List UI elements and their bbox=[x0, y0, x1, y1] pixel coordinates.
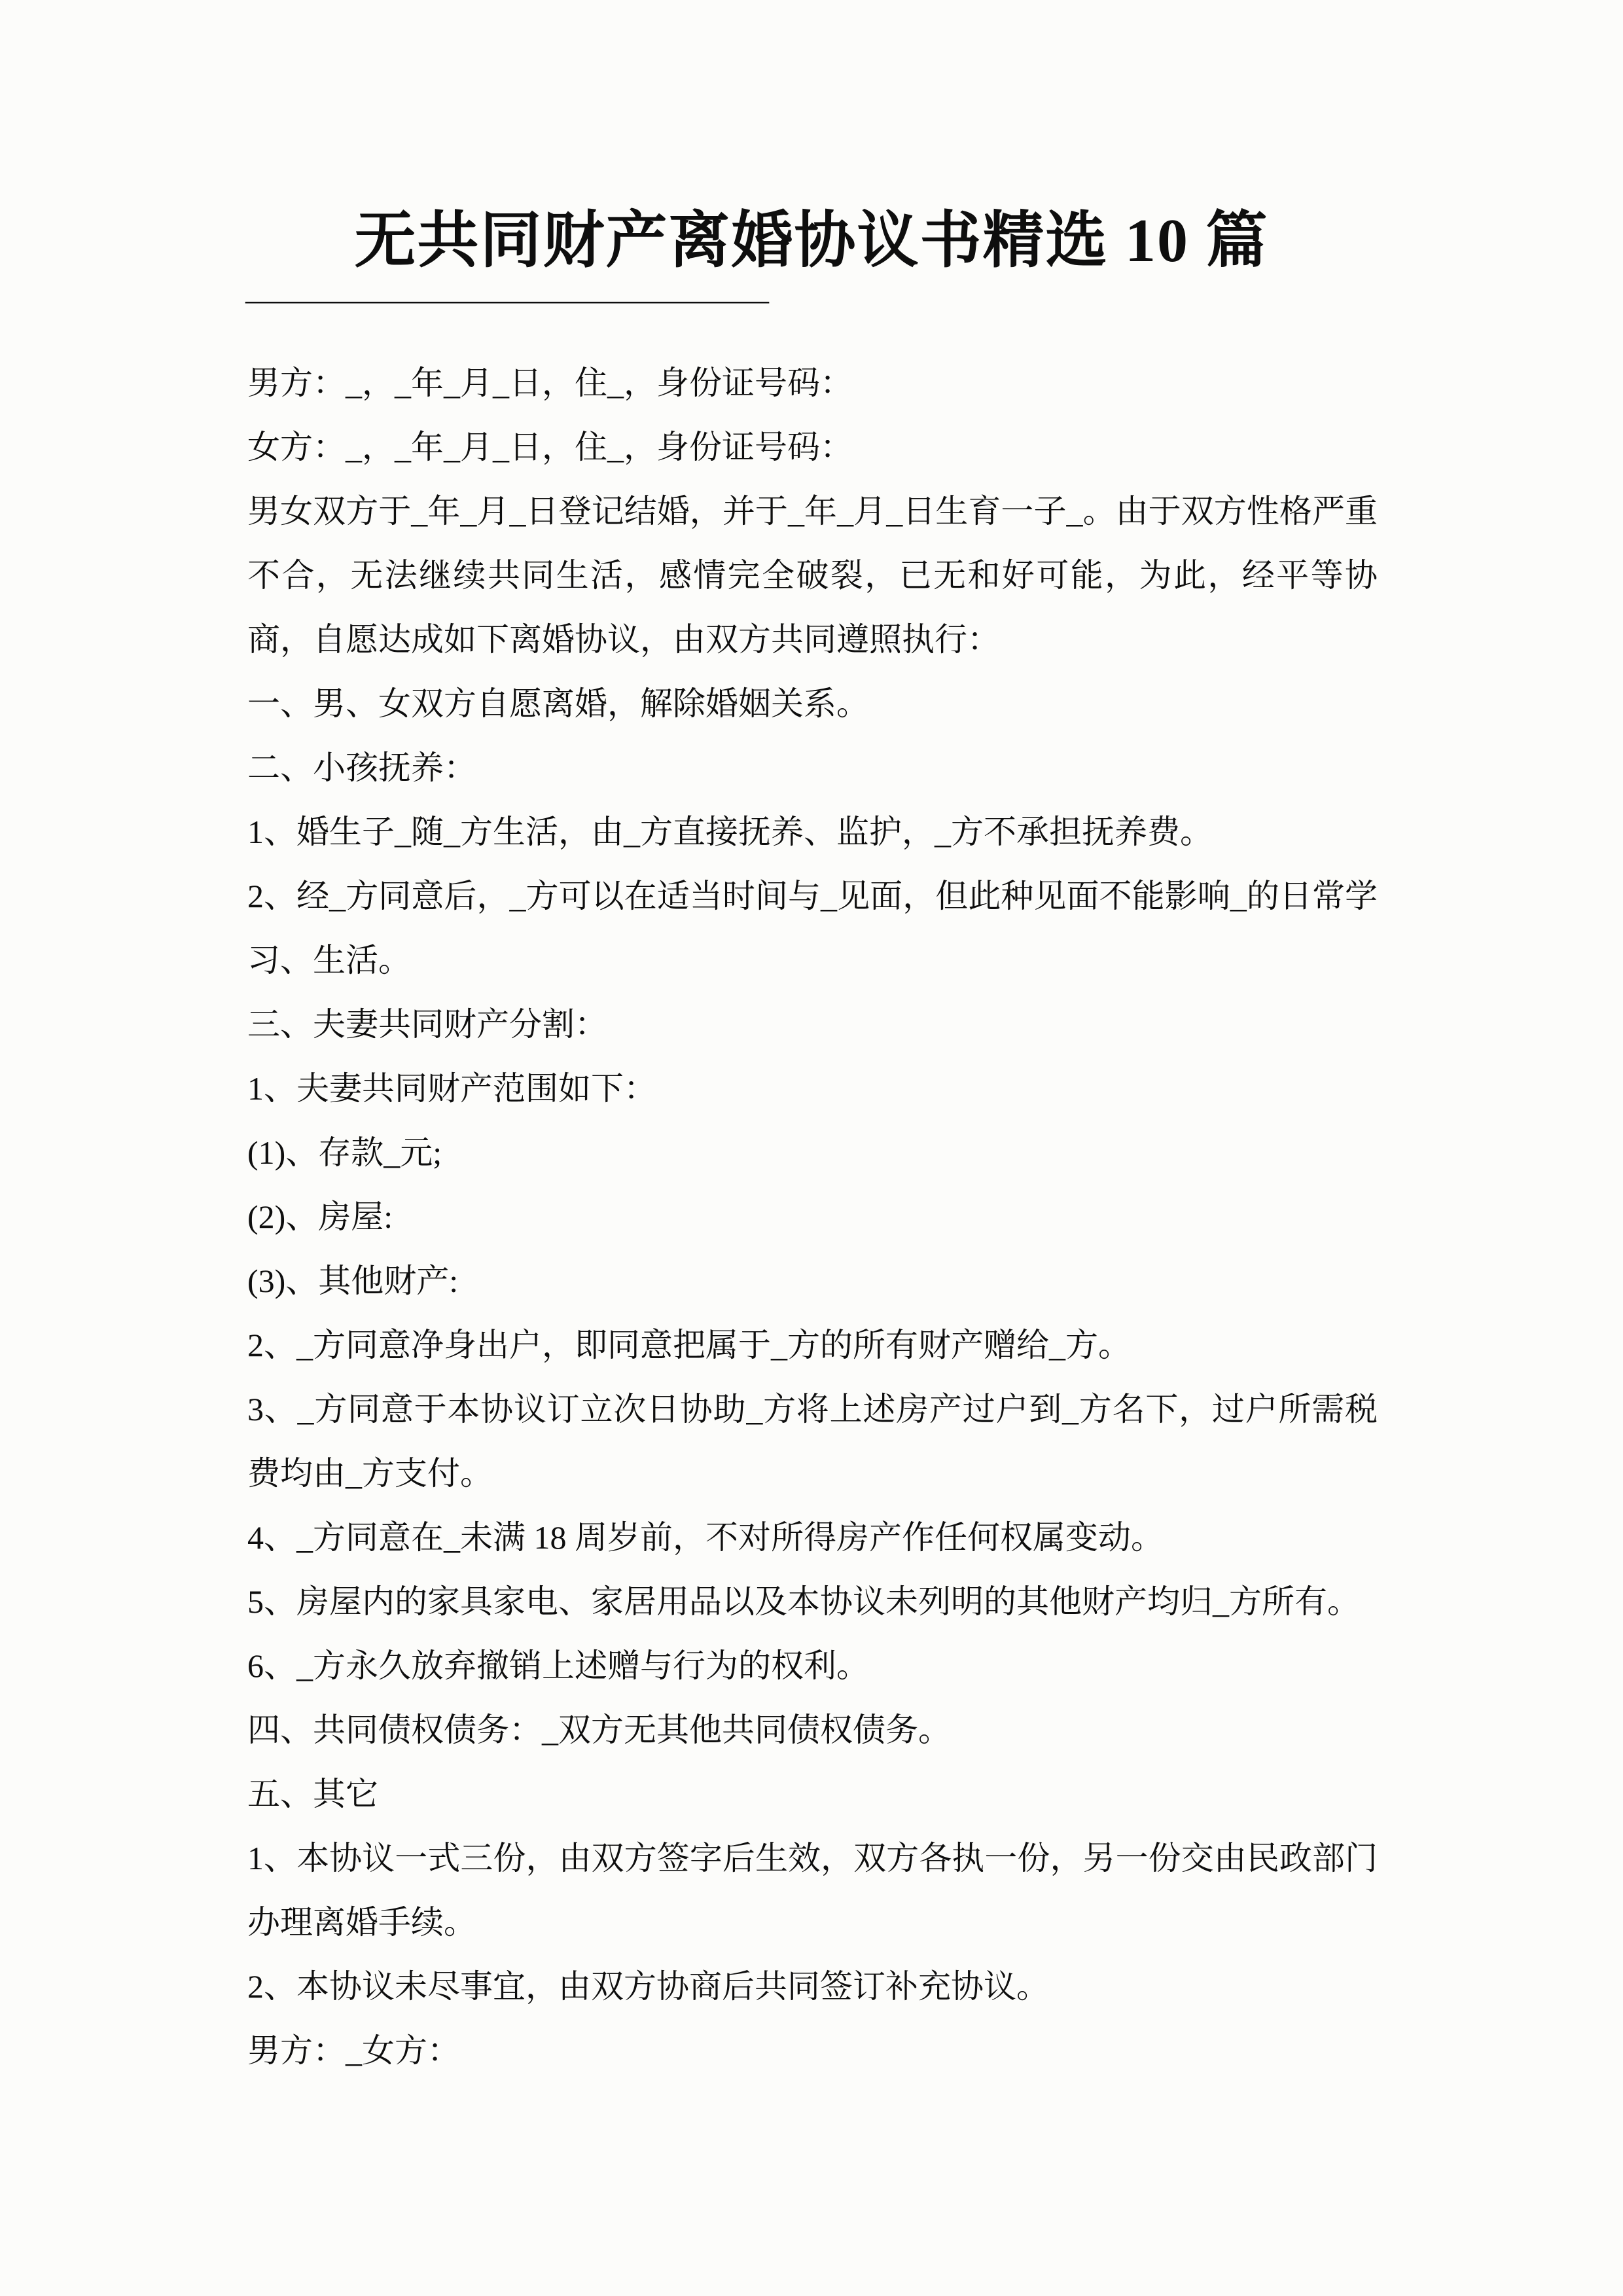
paragraph-party-male-info: 男方：_，_年_月_日，住_，身份证号码： bbox=[247, 351, 1378, 415]
paragraph-article-5-item-1: 1、本协议一式三份，由双方签字后生效，双方各执一份，另一份交由民政部门办理离婚手… bbox=[247, 1826, 1378, 1954]
paragraph-article-3-item-5: 5、房屋内的家具家电、家居用品以及本协议未列明的其他财产均归_方所有。 bbox=[247, 1570, 1378, 1634]
paragraph-article-3-item-1: 1、夫妻共同财产范围如下： bbox=[247, 1056, 1378, 1121]
paragraph-article-2-item-1: 1、婚生子_随_方生活，由_方直接抚养、监护，_方不承担抚养费。 bbox=[247, 800, 1378, 864]
paragraph-article-3-item-6: 6、_方永久放弃撤销上述赠与行为的权利。 bbox=[247, 1634, 1378, 1698]
document-page: 无共同财产离婚协议书精选 10 篇 ———————————————— 男方：_，… bbox=[0, 0, 1623, 2296]
paragraph-article-4: 四、共同债权债务：_双方无其他共同债权债务。 bbox=[247, 1698, 1378, 1762]
paragraph-article-3: 三、夫妻共同财产分割： bbox=[247, 992, 1378, 1056]
paragraph-article-3-item-3: 3、_方同意于本协议订立次日协助_方将上述房产过户到_方名下，过户所需税费均由_… bbox=[247, 1377, 1378, 1505]
document-body: 男方：_，_年_月_日，住_，身份证号码： 女方：_，_年_月_日，住_，身份证… bbox=[247, 351, 1378, 2083]
paragraph-signature-line: 男方：_女方： bbox=[247, 2018, 1378, 2083]
paragraph-article-2: 二、小孩抚养： bbox=[247, 736, 1378, 800]
paragraph-article-3-item-1-1: (1)、存款_元; bbox=[247, 1121, 1378, 1185]
paragraph-article-3-item-1-2: (2)、房屋: bbox=[247, 1185, 1378, 1249]
document-title: 无共同财产离婚协议书精选 10 篇 bbox=[0, 195, 1623, 287]
paragraph-party-female-info: 女方：_，_年_月_日，住_，身份证号码： bbox=[247, 415, 1378, 479]
paragraph-article-1: 一、男、女双方自愿离婚，解除婚姻关系。 bbox=[247, 672, 1378, 736]
paragraph-article-3-item-2: 2、_方同意净身出户，即同意把属于_方的所有财产赠给_方。 bbox=[247, 1313, 1378, 1377]
paragraph-article-2-item-2: 2、经_方同意后，_方可以在适当时间与_见面，但此种见面不能影响_的日常学习、生… bbox=[247, 864, 1378, 992]
paragraph-preamble: 男女双方于_年_月_日登记结婚，并于_年_月_日生育一子_。由于双方性格严重不合… bbox=[247, 479, 1378, 672]
paragraph-article-3-item-4: 4、_方同意在_未满 18 周岁前，不对所得房产作任何权属变动。 bbox=[247, 1505, 1378, 1570]
paragraph-article-3-item-1-3: (3)、其他财产: bbox=[247, 1249, 1378, 1313]
fill-in-blank-line: ———————————————— bbox=[245, 267, 769, 331]
paragraph-article-5-item-2: 2、本协议未尽事宜，由双方协商后共同签订补充协议。 bbox=[247, 1954, 1378, 2018]
paragraph-article-5: 五、其它 bbox=[247, 1762, 1378, 1826]
